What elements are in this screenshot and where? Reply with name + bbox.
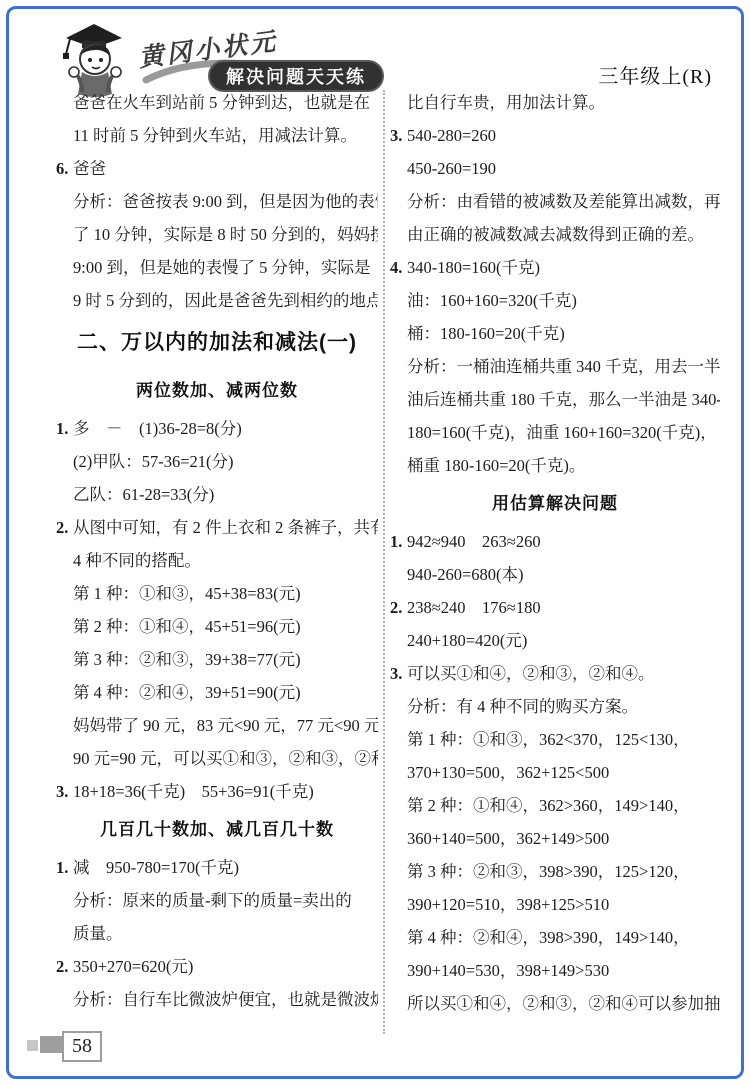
answer-line: 所以买①和④，②和③，②和④可以参加抽奖。 <box>390 987 720 1020</box>
answer-line: 2.350+270=620(元) <box>56 950 378 983</box>
answer-line: 第 1 种：①和③，362<370，125<130， <box>390 723 720 756</box>
answer-text: 350+270=620(元) <box>73 950 193 983</box>
section-heading: 二、万以内的加法和减法(一) <box>56 317 378 369</box>
item-number: 2. <box>390 591 407 624</box>
item-number: 1. <box>56 412 73 445</box>
answer-line: 450-260=190 <box>390 152 720 185</box>
item-number: 3. <box>56 775 73 808</box>
answer-line: 第 4 种：②和④，398>390，149>140， <box>390 921 720 954</box>
page-number-decor-square-light <box>27 1040 38 1051</box>
answer-text: 942≈940 263≈260 <box>407 525 541 558</box>
sub-heading: 两位数加、减两位数 <box>56 369 378 412</box>
answer-text: 340-180=160(千克) <box>407 251 540 284</box>
answer-line: 分析：一桶油连桶共重 340 千克，用去一半 <box>390 350 720 383</box>
answer-line: 4 种不同的搭配。 <box>56 544 378 577</box>
answer-line: 第 1 种：①和③，45+38=83(元) <box>56 577 378 610</box>
answer-line: 质量。 <box>56 917 378 950</box>
answer-text: 减 950-780=170(千克) <box>73 851 239 884</box>
answer-text: 从图中可知，有 2 件上衣和 2 条裤子，共有 <box>73 511 378 544</box>
answer-line: 分析：由看错的被减数及差能算出减数，再 <box>390 185 720 218</box>
answer-line: 6.爸爸 <box>56 152 378 185</box>
sub-heading: 用估算解决问题 <box>390 482 720 525</box>
item-number: 6. <box>56 152 73 185</box>
answer-line: 390+140=530，398+149>530 <box>390 954 720 987</box>
page-number-decor-square-dark <box>40 1036 62 1053</box>
column-divider <box>383 90 385 1034</box>
answer-line: 1.减 950-780=170(千克) <box>56 851 378 884</box>
answer-line: 第 2 种：①和④，362>360，149>140， <box>390 789 720 822</box>
answer-line: 9:00 到，但是她的表慢了 5 分钟，实际是 <box>56 251 378 284</box>
item-number: 2. <box>56 950 73 983</box>
answer-line: 分析：有 4 种不同的购买方案。 <box>390 690 720 723</box>
answer-line: 第 3 种：②和③，398>390，125>120， <box>390 855 720 888</box>
answer-text: 18+18=36(千克) 55+36=91(千克) <box>73 775 314 808</box>
answer-line: 4.340-180=160(千克) <box>390 251 720 284</box>
answer-line: 11 时前 5 分钟到火车站，用减法计算。 <box>56 119 378 152</box>
answer-line: 第 3 种：②和③，39+38=77(元) <box>56 643 378 676</box>
answer-line: (2)甲队：57-36=21(分) <box>56 445 378 478</box>
answer-line: 比自行车贵，用加法计算。 <box>390 86 720 119</box>
page-number: 58 <box>62 1031 102 1062</box>
answer-text: 540-280=260 <box>407 119 496 152</box>
answer-line: 由正确的被减数减去减数得到正确的差。 <box>390 218 720 251</box>
sub-heading: 几百几十数加、减几百几十数 <box>56 808 378 851</box>
answer-line: 桶重 180-160=20(千克)。 <box>390 449 720 482</box>
answer-line: 爸爸在火车到站前 5 分钟到达，也就是在 <box>56 86 378 119</box>
answer-line: 390+120=510，398+125>510 <box>390 888 720 921</box>
right-column: 比自行车贵，用加法计算。3.540-280=260450-260=190分析：由… <box>390 86 720 1038</box>
answer-columns: 爸爸在火车到站前 5 分钟到达，也就是在11 时前 5 分钟到火车站，用减法计算… <box>56 86 720 1038</box>
page-header: 黄冈小状元 解决问题天天练 三年级上(R) <box>0 0 750 100</box>
workbook-page: 黄冈小状元 解决问题天天练 三年级上(R) 爸爸在火车到站前 5 分钟到达，也就… <box>0 0 750 1085</box>
answer-line: 妈妈带了 90 元，83 元<90 元，77 元<90 元， <box>56 709 378 742</box>
answer-line: 了 10 分钟，实际是 8 时 50 分到的，妈妈按表 <box>56 218 378 251</box>
answer-text: 可以买①和④，②和③，②和④。 <box>407 657 655 690</box>
answer-text: 多 － (1)36-28=8(分) <box>73 412 242 445</box>
item-number: 2. <box>56 511 73 544</box>
answer-line: 2.238≈240 176≈180 <box>390 591 720 624</box>
answer-line: 240+180=420(元) <box>390 624 720 657</box>
answer-line: 2.从图中可知，有 2 件上衣和 2 条裤子，共有 <box>56 511 378 544</box>
item-number: 3. <box>390 119 407 152</box>
answer-line: 3.可以买①和④，②和③，②和④。 <box>390 657 720 690</box>
answer-text: 238≈240 176≈180 <box>407 591 541 624</box>
answer-line: 乙队：61-28=33(分) <box>56 478 378 511</box>
answer-text: 爸爸 <box>73 152 106 185</box>
answer-line: 分析：原来的质量-剩下的质量=卖出的 <box>56 884 378 917</box>
answer-line: 油后连桶共重 180 千克，那么一半油是 340- <box>390 383 720 416</box>
item-number: 1. <box>390 525 407 558</box>
answer-line: 第 2 种：①和④，45+51=96(元) <box>56 610 378 643</box>
answer-line: 180=160(千克)，油重 160+160=320(千克)， <box>390 416 720 449</box>
answer-line: 3.540-280=260 <box>390 119 720 152</box>
answer-line: 9 时 5 分到的，因此是爸爸先到相约的地点。 <box>56 284 378 317</box>
answer-line: 桶：180-160=20(千克) <box>390 317 720 350</box>
answer-line: 370+130=500，362+125<500 <box>390 756 720 789</box>
left-column: 爸爸在火车到站前 5 分钟到达，也就是在11 时前 5 分钟到火车站，用减法计算… <box>56 86 378 1038</box>
answer-line: 分析：爸爸按表 9:00 到，但是因为他的表快 <box>56 185 378 218</box>
answer-line: 油：160+160=320(千克) <box>390 284 720 317</box>
edition-label: 三年级上(R) <box>598 60 712 89</box>
item-number: 1. <box>56 851 73 884</box>
item-number: 3. <box>390 657 407 690</box>
item-number: 4. <box>390 251 407 284</box>
answer-line: 分析：自行车比微波炉便宜，也就是微波炉 <box>56 983 378 1016</box>
answer-line: 360+140=500，362+149>500 <box>390 822 720 855</box>
answer-line: 第 4 种：②和④，39+51=90(元) <box>56 676 378 709</box>
answer-line: 940-260=680(本) <box>390 558 720 591</box>
answer-line: 1.942≈940 263≈260 <box>390 525 720 558</box>
answer-line: 1.多 － (1)36-28=8(分) <box>56 412 378 445</box>
answer-line: 90 元=90 元，可以买①和③，②和③，②和④。 <box>56 742 378 775</box>
answer-line: 3.18+18=36(千克) 55+36=91(千克) <box>56 775 378 808</box>
